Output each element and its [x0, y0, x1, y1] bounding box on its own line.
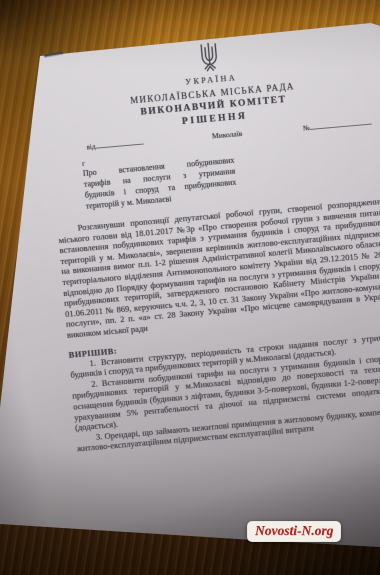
city-label: Миколаїв — [212, 129, 243, 141]
preamble-paragraph: Розглянувши пропозиції депутатської робо… — [57, 195, 380, 340]
watermark-text: Novosti-N.org — [255, 523, 333, 538]
photo-of-document: УКРАЇНА МИКОЛАЇВСЬКА МІСЬКА РАДА ВИКОНАВ… — [0, 0, 380, 575]
date-prefix-label: від — [86, 143, 95, 152]
date-blank-line — [95, 143, 143, 149]
number-blank: № — [303, 119, 372, 133]
number-blank-line — [310, 123, 372, 130]
ukraine-trident-icon — [196, 40, 223, 74]
watermark-badge: Novosti-N.org — [247, 521, 341, 542]
date-blank: від — [86, 139, 143, 152]
document-content: УКРАЇНА МИКОЛАЇВСЬКА МІСЬКА РАДА ВИКОНАВ… — [42, 21, 380, 454]
